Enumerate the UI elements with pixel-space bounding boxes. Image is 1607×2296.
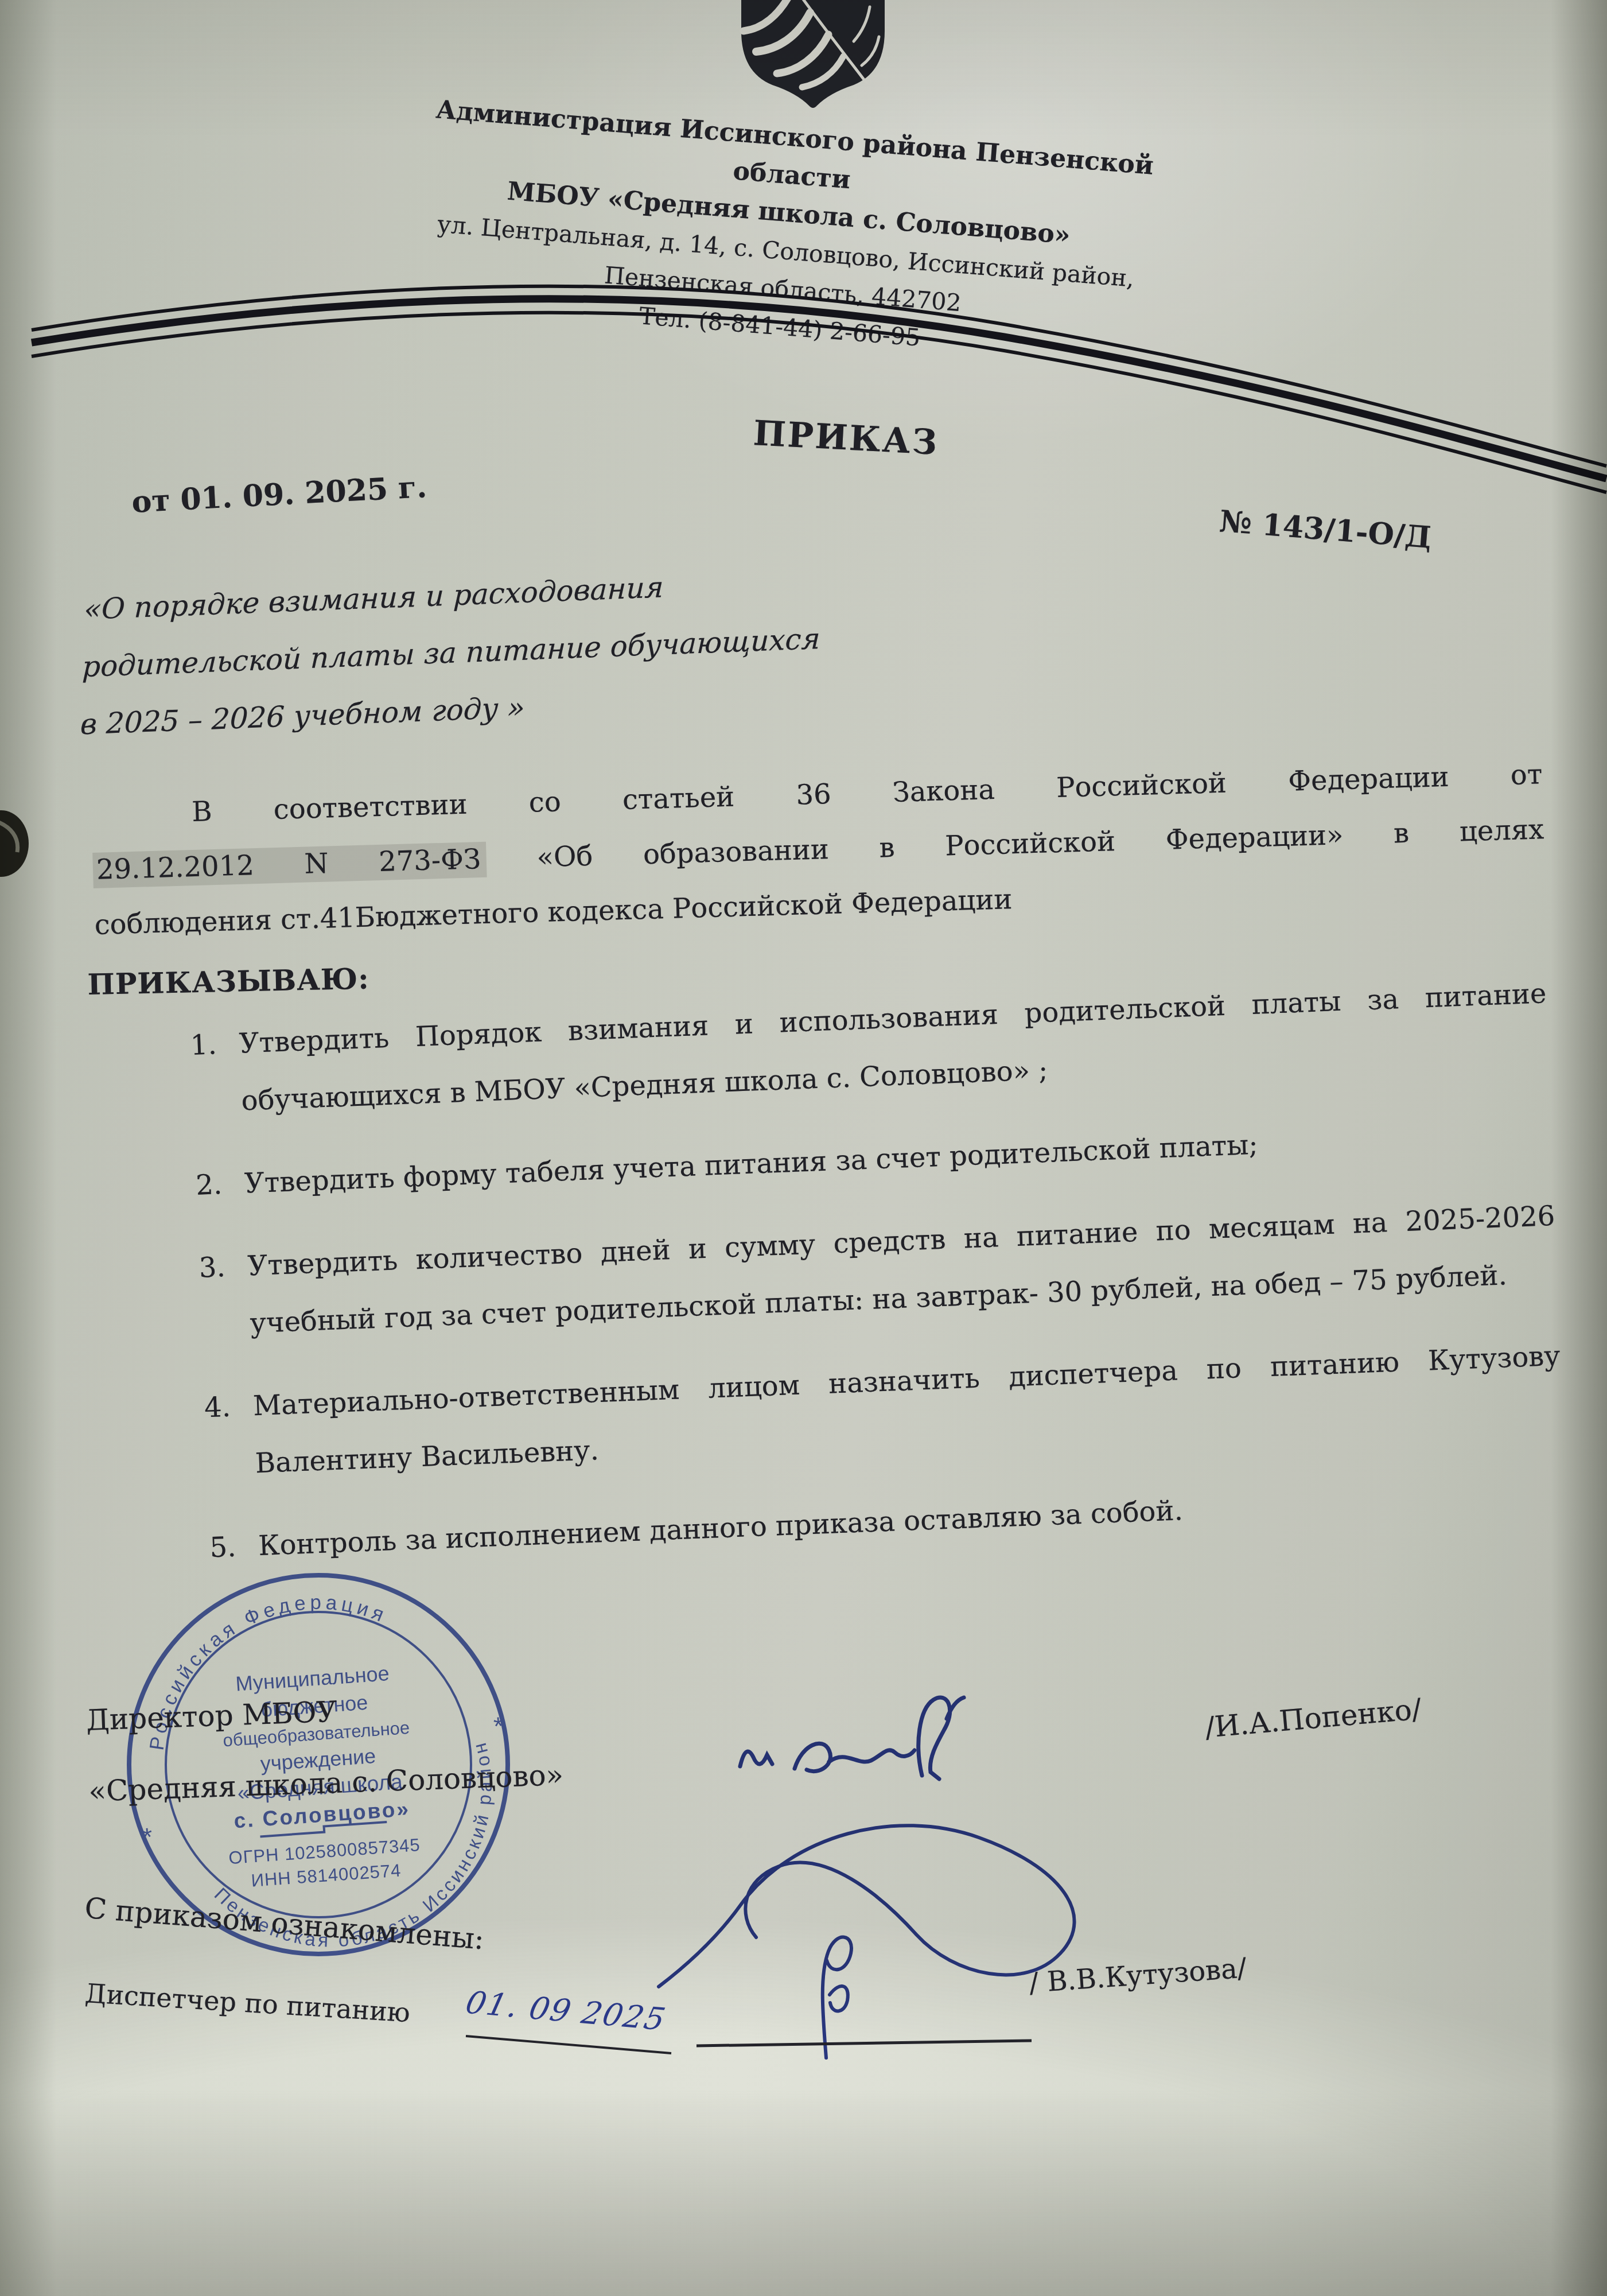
item-text: Утвердить количество дней и сумму средст… — [247, 1187, 1558, 1352]
signature-lines — [466, 2036, 1032, 2053]
list-item: 4. Материально-ответственным лицом назна… — [203, 1327, 1563, 1494]
item-number: 1. — [189, 1015, 243, 1132]
scanned-order-page: Администрация Иссинского района Пензенск… — [0, 0, 1607, 2296]
acknowledgement-signee-name: / В.В.Кутузова/ — [1028, 1952, 1248, 1999]
list-item: 3. Утвердить количество дней и сумму сре… — [198, 1187, 1558, 1354]
decree-word: ПРИКАЗЫВАЮ: — [87, 962, 369, 1001]
stamp-star-left: * — [142, 1823, 154, 1852]
director-title-block: Директор МБОУ «Средняя школа с. Соловцов… — [85, 1668, 565, 1827]
preamble-paragraph: В соответствии со статьей 36 Закона Росс… — [91, 747, 1546, 953]
item-number: 3. — [198, 1237, 251, 1354]
order-title: ПРИКАЗ — [752, 413, 939, 463]
kutuzova-signature — [823, 1937, 851, 2058]
coat-of-arms-emblem — [724, 0, 902, 111]
list-item: 1. Утвердить Порядок взимания и использо… — [189, 965, 1550, 1132]
order-date: от 01. 09. 2025 г. — [131, 469, 427, 520]
letterhead: Администрация Иссинского района Пензенск… — [358, 86, 1217, 379]
date-underline — [466, 2036, 671, 2053]
signature-flourish — [659, 1825, 1075, 1987]
item-number: 4. — [203, 1377, 256, 1494]
item-number: 2. — [194, 1155, 246, 1214]
signature-line — [697, 2041, 1032, 2046]
item-text: Утвердить Порядок взимания и использован… — [238, 965, 1550, 1129]
director-signature — [740, 1697, 964, 1779]
handwritten-date: 01. 09 2025 — [462, 1984, 670, 2037]
order-subject: «О порядке взимания и расходования родит… — [80, 553, 823, 753]
order-items-list: 1. Утвердить Порядок взимания и использо… — [189, 965, 1567, 1602]
binder-clip — [0, 810, 29, 877]
highlighted-law-reference: 29.12.2012 N 273-ФЗ — [92, 842, 487, 888]
director-name: /И.А.Попенко/ — [1204, 1692, 1423, 1745]
order-number: № 143/1-О/Д — [1218, 504, 1433, 555]
item-text: Материально-ответственным лицом назначит… — [252, 1327, 1563, 1492]
acknowledgement-role: Диспетчер по питанию — [84, 1978, 411, 2029]
